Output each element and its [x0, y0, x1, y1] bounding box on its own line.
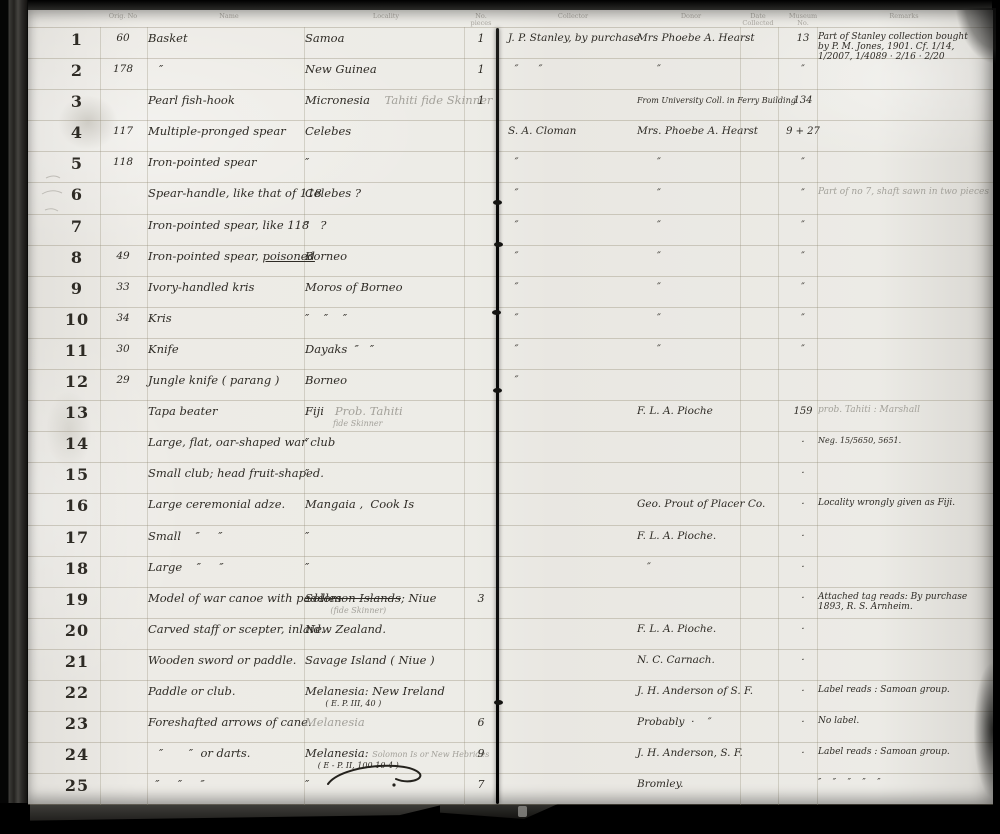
ledger-row: 21Wooden sword or paddle.Savage Island (…	[28, 650, 993, 681]
cell-loc: Savage Island ( Niue )	[305, 650, 467, 666]
entry-text: Part of Stanley collection bought by P. …	[818, 32, 968, 62]
cell-num: 2	[52, 59, 102, 79]
cell-donor: ″	[637, 183, 745, 199]
cell-num: 23	[52, 712, 102, 732]
cell-remarks: Locality wrongly given as Fiji.	[818, 494, 990, 508]
entry-text: Carved staff or scepter, inlaid.	[148, 622, 325, 636]
cell-qty: 1	[466, 28, 496, 44]
entry-text: 10	[65, 310, 89, 329]
cell-donor: F. L. A. Pioche.	[637, 619, 745, 635]
binding-stitch	[494, 242, 503, 247]
entry-text: Small club; head fruit-shaped.	[148, 466, 324, 480]
entry-text: 22	[65, 683, 89, 702]
entry-text: Mrs. Phoebe A. Hearst	[637, 125, 758, 137]
entry-text: ″	[637, 156, 661, 168]
entry-text: J. H. Anderson, S. F.	[637, 747, 743, 759]
cell-collector: ″	[508, 183, 638, 199]
entry-text: ″	[148, 62, 163, 76]
entry-text: S. A. Cloman	[508, 125, 576, 137]
entry-text: ″	[305, 560, 309, 574]
entry-text: 49	[116, 250, 129, 262]
cell-donor: From University Coll. in Ferry Building	[637, 90, 745, 106]
cell-donor: ″	[637, 308, 745, 324]
cell-name: Model of war canoe with paddles	[148, 588, 310, 604]
cell-num: 20	[52, 619, 102, 639]
entry-text: Wooden sword or paddle.	[148, 653, 296, 667]
cell-loc: ″	[305, 432, 467, 448]
entry-text: Tapa beater	[148, 404, 217, 418]
cell-remarks: prob. Tahiti : Marshall	[818, 401, 990, 415]
cell-museum: ·	[780, 557, 826, 573]
header-locality: Locality	[305, 12, 467, 20]
ledger-row: 7Iron-pointed spear, like 118″ ? ″ ″″	[28, 215, 993, 246]
entry-text: J. H. Anderson of S. F.	[637, 685, 753, 697]
entry-text: Paddle or club.	[148, 684, 236, 698]
entry-text: Celebes ?	[305, 186, 361, 200]
entry-text: Multiple-pronged spear	[148, 124, 286, 138]
entry-text: Pearl fish-hook	[148, 93, 235, 107]
entry-text: 3	[71, 92, 83, 111]
header-collector: Collector	[508, 12, 638, 20]
entry-text: Spear-handle, like that of 118	[148, 186, 322, 200]
cell-loc: Micronesia Tahiti fide Skinner	[305, 90, 467, 106]
ledger-row: 3Pearl fish-hookMicronesia Tahiti fide S…	[28, 90, 993, 121]
entry-text: 1	[478, 94, 485, 107]
binding-stitch	[493, 200, 502, 205]
ledger-row: 18Large ″ ″″ ″·	[28, 557, 993, 588]
cell-orig: 60	[102, 28, 144, 44]
entry-text: Borneo	[305, 249, 347, 263]
entry-text: Knife	[148, 342, 179, 356]
cell-donor: ″	[637, 59, 745, 75]
cell-num: 3	[52, 90, 102, 110]
ledger-row: 2178 ″New Guinea1 ″ ″ ″″	[28, 59, 993, 90]
entry-text: ″	[508, 343, 519, 355]
ledger-row: 14Large, flat, oar-shaped war club″·Neg.…	[28, 432, 993, 463]
cell-name: Small club; head fruit-shaped.	[148, 463, 310, 479]
entry-text: No label.	[818, 716, 859, 726]
ledger-row: 23Foreshafted arrows of cane.Melanesia6P…	[28, 712, 993, 743]
edge-shadow	[955, 650, 993, 810]
cell-donor: Bromley.	[637, 774, 745, 790]
cell-donor: ″	[637, 277, 745, 293]
cell-num: 18	[52, 557, 102, 577]
cell-num: 24	[52, 743, 102, 763]
cell-qty: 9	[466, 743, 496, 759]
entry-text: ″	[637, 250, 661, 262]
page-corner-curl	[954, 8, 996, 94]
entry-text: ·	[801, 562, 804, 573]
cell-num: 11	[52, 339, 102, 359]
cell-donor: ″	[637, 339, 745, 355]
entry-text: 19	[65, 590, 89, 609]
entry-text: ″	[305, 466, 309, 480]
entry-text: 1	[478, 32, 485, 45]
cell-name: Carved staff or scepter, inlaid.	[148, 619, 310, 635]
cell-name: Ivory-handled kris	[148, 277, 310, 293]
cell-num: 14	[52, 432, 102, 452]
entry-text: ″ ″	[508, 63, 543, 75]
cell-num: 12	[52, 370, 102, 390]
entry-text: ·	[801, 655, 804, 666]
entry-text: 18	[65, 559, 89, 578]
entry-text: Micronesia	[305, 93, 370, 107]
cell-name: Iron-pointed spear	[148, 152, 310, 168]
entry-text: Label reads : Samoan group.	[818, 747, 950, 757]
pencil-scribble	[32, 168, 74, 224]
entry-text: ·	[801, 686, 804, 697]
cell-orig: 49	[102, 246, 144, 262]
entry-text: ″	[508, 250, 519, 262]
entry-text: ″	[508, 187, 519, 199]
entry-text: ″	[305, 777, 309, 791]
entry-text: Solomon Islands	[305, 591, 401, 605]
entry-text: ″	[637, 63, 661, 75]
cell-donor: Mrs. Phoebe A. Hearst	[637, 121, 745, 137]
cell-name: ″	[148, 59, 310, 75]
entry-text: Mangaia , Cook Is	[305, 497, 414, 511]
cell-loc: New Guinea	[305, 59, 467, 75]
ledger-row: 160BasketSamoa1J. P. Stanley, by purchas…	[28, 28, 993, 59]
entry-text: 3	[478, 592, 485, 605]
entry-text: ″	[508, 156, 519, 168]
entry-text: Melanesia: New Ireland	[305, 684, 445, 698]
cell-orig: 118	[102, 152, 144, 168]
cell-museum: 9 + 27	[780, 121, 826, 137]
entry-text: F. L. A. Pioche.	[637, 623, 716, 635]
ledger-row: 1229Jungle knife ( parang )Borneo ″	[28, 370, 993, 401]
header-name: Name	[148, 12, 310, 20]
ledger-row: 24 ″ ″ or darts.Melanesia: Solomon Is or…	[28, 743, 993, 774]
cell-name: Spear-handle, like that of 118	[148, 183, 310, 199]
cell-loc: Moros of Borneo	[305, 277, 467, 293]
entry-text: 15	[65, 465, 89, 484]
entry-text: Samoa	[305, 31, 344, 45]
entry-text: 2	[71, 61, 83, 80]
entry-text: (fide Skinner)	[305, 606, 386, 615]
entry-text: Borneo	[305, 373, 347, 387]
entry-text: 20	[65, 621, 89, 640]
scan-border-right	[992, 0, 1000, 834]
entry-text: ″	[637, 343, 661, 355]
entry-text: 134	[793, 95, 812, 106]
entry-text: ″	[305, 435, 309, 449]
entry-text: ″	[801, 64, 805, 75]
entry-text: 1	[71, 30, 83, 49]
entry-text: ·	[801, 531, 804, 542]
cell-collector: S. A. Cloman	[508, 121, 638, 137]
cell-loc: Celebes	[305, 121, 467, 137]
entry-text: ″	[305, 529, 309, 543]
entry-text: F. L. A. Pioche.	[637, 530, 716, 542]
ledger-body: 160BasketSamoa1J. P. Stanley, by purchas…	[28, 27, 993, 805]
entry-text: Moros of Borneo	[305, 280, 403, 294]
cell-name: Jungle knife ( parang )	[148, 370, 310, 386]
entry-text: 30	[116, 343, 129, 355]
entry-text: 12	[65, 372, 89, 391]
cell-loc: ″	[305, 152, 467, 168]
entry-text: 13	[65, 403, 89, 422]
cell-museum: ·	[780, 463, 826, 479]
cell-num: 17	[52, 526, 102, 546]
entry-text: Attached tag reads: By purchase 1893, R.…	[818, 592, 967, 612]
entry-text: ″	[637, 187, 661, 199]
cell-collector: ″	[508, 339, 638, 355]
entry-text: 159	[793, 406, 812, 417]
cell-loc: ″ ?	[305, 215, 467, 231]
entry-text: 14	[65, 434, 89, 453]
entry-text: ″	[637, 281, 661, 293]
cell-num: 22	[52, 681, 102, 701]
cell-donor: J. H. Anderson of S. F.	[637, 681, 745, 697]
ledger-row: 15Small club; head fruit-shaped.″·	[28, 463, 993, 494]
entry-text: Celebes	[305, 124, 351, 138]
entry-text: ″	[801, 188, 805, 199]
cell-donor: ″	[637, 215, 745, 231]
entry-text: ″	[801, 251, 805, 262]
ledger-row: 4117Multiple-pronged spearCelebesS. A. C…	[28, 121, 993, 152]
cell-name: Basket	[148, 28, 310, 44]
entry-text: ·	[801, 748, 804, 759]
entry-text: 11	[65, 341, 89, 360]
entry-text: Large ceremonial adze.	[148, 497, 285, 511]
entry-text: Label reads : Samoan group.	[818, 685, 950, 695]
cell-collector: ″	[508, 152, 638, 168]
cell-remarks: Attached tag reads: By purchase 1893, R.…	[818, 588, 990, 612]
entry-text: ″ ″ or darts.	[148, 746, 250, 760]
entry-text: 33	[116, 281, 129, 293]
cell-name: Multiple-pronged spear	[148, 121, 310, 137]
entry-text: ″	[508, 281, 519, 293]
binding-gutter	[496, 28, 499, 804]
entry-text: Jungle knife ( parang )	[148, 373, 279, 387]
entry-text: Kris	[148, 311, 172, 325]
entry-text: Iron-pointed spear,	[148, 249, 263, 263]
cell-loc: New Zealand.	[305, 619, 467, 635]
entry-text: ″	[305, 155, 309, 169]
cell-donor: ″	[637, 152, 745, 168]
entry-text: Basket	[148, 31, 188, 45]
entry-text: ″ ″ ″	[305, 311, 347, 325]
entry-text: 4	[71, 123, 83, 142]
entry-text: Dayaks ″ ″	[305, 342, 374, 356]
entry-text: 60	[116, 32, 129, 44]
cell-num: 25	[52, 774, 102, 794]
entry-text: ·	[801, 499, 804, 510]
cell-collector: ″ ″	[508, 59, 638, 75]
cell-loc: ″ ″ ″	[305, 308, 467, 324]
cell-collector: ″	[508, 215, 638, 231]
ledger-row: 849Iron-pointed spear, poisonedBorneo ″ …	[28, 246, 993, 277]
ledger-page: Orig. No Name Locality No. pieces Collec…	[28, 10, 993, 804]
entry-text: ·	[801, 624, 804, 635]
entry-text: J. P. Stanley, by purchase	[508, 32, 640, 44]
cell-loc: Melanesia	[305, 712, 467, 728]
ledger-header-row: Orig. No Name Locality No. pieces Collec…	[28, 12, 993, 27]
entry-text: Bromley.	[637, 778, 683, 790]
cell-loc: Solomon Islands; Niue (fide Skinner)	[305, 588, 467, 615]
entry-text: prob. Tahiti : Marshall	[818, 405, 920, 415]
cell-donor: ″	[637, 246, 745, 262]
cell-loc: ″	[305, 526, 467, 542]
cell-num: 19	[52, 588, 102, 608]
entry-text: 7	[478, 778, 485, 791]
ledger-row: 19Model of war canoe with paddlesSolomon…	[28, 588, 993, 619]
cell-loc: Mangaia , Cook Is	[305, 494, 467, 510]
cell-name: Small ″ ″	[148, 526, 310, 542]
scan-artifact-dot	[518, 806, 527, 817]
ledger-row: 5118Iron-pointed spear″ ″ ″″	[28, 152, 993, 183]
entry-text: ″	[801, 282, 805, 293]
cell-num: 4	[52, 121, 102, 141]
entry-text: 16	[65, 496, 89, 515]
cell-museum: ″	[780, 215, 826, 231]
cell-donor: ″	[637, 557, 745, 573]
entry-text: ″ ?	[305, 218, 326, 232]
cell-num: 10	[52, 308, 102, 328]
cell-name: Large, flat, oar-shaped war club	[148, 432, 310, 448]
entry-text: fide Skinner	[305, 419, 382, 428]
cell-museum: ″	[780, 246, 826, 262]
scan-border-top	[0, 0, 1000, 10]
cell-museum: 134	[780, 90, 826, 106]
ledger-row: 16Large ceremonial adze.Mangaia , Cook I…	[28, 494, 993, 525]
cell-name: Large ceremonial adze.	[148, 494, 310, 510]
cell-museum: ·	[780, 619, 826, 635]
header-donor: Donor	[637, 12, 745, 20]
entry-text: From University Coll. in Ferry Building	[637, 96, 796, 105]
cell-qty: 3	[466, 588, 496, 604]
cell-name: ″ ″ or darts.	[148, 743, 310, 759]
ledger-row: 20Carved staff or scepter, inlaid.New Ze…	[28, 619, 993, 650]
cell-museum: ″	[780, 339, 826, 355]
entry-text: N. C. Carnach.	[637, 654, 715, 666]
cell-orig: 30	[102, 339, 144, 355]
entry-text: Geo. Prout of Placer Co.	[637, 498, 765, 510]
entry-text: 13	[797, 33, 810, 44]
cell-loc: ″	[305, 463, 467, 479]
cell-collector: ″	[508, 370, 638, 386]
cell-name: Tapa beater	[148, 401, 310, 417]
entry-text: 17	[65, 528, 89, 547]
cell-loc: Celebes ?	[305, 183, 467, 199]
entry-text: Probably · ″	[637, 716, 712, 728]
cell-museum: ·	[780, 526, 826, 542]
cell-num: 21	[52, 650, 102, 670]
cell-num: 15	[52, 463, 102, 483]
cell-name: Wooden sword or paddle.	[148, 650, 310, 666]
cell-orig: 33	[102, 277, 144, 293]
cell-loc: Fiji Prob. Tahiti fide Skinner	[305, 401, 467, 428]
entry-text: Iron-pointed spear, like 118	[148, 218, 309, 232]
cell-loc: Borneo	[305, 246, 467, 262]
entry-text: ″	[508, 219, 519, 231]
cell-collector: ″	[508, 277, 638, 293]
cell-donor: N. C. Carnach.	[637, 650, 745, 666]
cell-remarks: Neg. 15/5650, 5651.	[818, 432, 990, 446]
cell-name: Iron-pointed spear, like 118	[148, 215, 310, 231]
entry-text: ″	[637, 312, 661, 324]
cell-museum: ″	[780, 59, 826, 75]
cell-loc: ″	[305, 557, 467, 573]
ledger-row: 6Spear-handle, like that of 118Celebes ?…	[28, 183, 993, 214]
entry-text: F. L. A. Pioche	[637, 405, 713, 417]
cell-name: Knife	[148, 339, 310, 355]
cell-orig: 29	[102, 370, 144, 386]
cell-name: Iron-pointed spear, poisoned	[148, 246, 310, 262]
binding-stitch	[492, 310, 501, 315]
entry-text: Neg. 15/5650, 5651.	[818, 436, 901, 445]
cell-loc: Samoa	[305, 28, 467, 44]
entry-text: ( E. P. III, 40 )	[305, 699, 381, 708]
entry-text: Large ″ ″	[148, 560, 224, 574]
entry-text: 1	[478, 63, 485, 76]
entry-text: Melanesia	[305, 715, 365, 729]
entry-text: Ivory-handled kris	[148, 280, 254, 294]
cell-donor: F. L. A. Pioche.	[637, 526, 745, 542]
entry-text: 117	[113, 125, 133, 137]
entry-text: ″	[637, 561, 651, 573]
cell-name: Large ″ ″	[148, 557, 310, 573]
entry-text: Iron-pointed spear	[148, 155, 257, 169]
entry-text: 25	[65, 776, 89, 795]
entry-text: ·	[801, 717, 804, 728]
ledger-row: 1130KnifeDayaks ″ ″ ″ ″″	[28, 339, 993, 370]
entry-text: ·	[801, 593, 804, 604]
cell-name: Foreshafted arrows of cane.	[148, 712, 310, 728]
cell-qty: 6	[466, 712, 496, 728]
entry-text: 9	[71, 279, 83, 298]
cell-loc: Melanesia: New Ireland ( E. P. III, 40 )	[305, 681, 467, 708]
cell-orig: 117	[102, 121, 144, 137]
cell-remarks: Part of no 7, shaft sawn in two pieces	[818, 183, 990, 197]
entry-text: 8	[71, 248, 83, 267]
entry-text: ″ ″ ″ ″ ″	[818, 778, 881, 788]
header-date-collected: Date Collected	[740, 12, 776, 27]
entry-text: ″ ″ ″	[148, 777, 205, 791]
entry-text: ″	[801, 313, 805, 324]
cell-num: 13	[52, 401, 102, 421]
cell-donor: Probably · ″	[637, 712, 745, 728]
cell-museum: ″	[780, 308, 826, 324]
binding-stitch	[493, 388, 502, 393]
cell-loc: Borneo	[305, 370, 467, 386]
cell-museum: ″	[780, 277, 826, 293]
ledger-row: 13Tapa beaterFiji Prob. Tahiti fide Skin…	[28, 401, 993, 432]
entry-text: 118	[113, 156, 133, 168]
cell-donor: Geo. Prout of Placer Co.	[637, 494, 745, 510]
entry-text: ″	[508, 374, 519, 386]
ledger-row: 17Small ″ ″″F. L. A. Pioche.·	[28, 526, 993, 557]
entry-text: Mrs Phoebe A. Hearst	[637, 32, 755, 44]
entry-text: 23	[65, 714, 89, 733]
entry-text: New Guinea	[305, 62, 377, 76]
entry-text: ″	[801, 157, 805, 168]
cell-donor: F. L. A. Pioche	[637, 401, 745, 417]
cell-museum: ″	[780, 152, 826, 168]
entry-text: Locality wrongly given as Fiji.	[818, 498, 955, 508]
binding-stitch	[494, 700, 503, 705]
entry-text: 24	[65, 745, 89, 764]
cell-qty: 7	[466, 774, 496, 790]
entry-text: ; Niue	[401, 591, 436, 605]
entry-text: Part of no 7, shaft sawn in two pieces	[818, 187, 989, 197]
cell-museum: ·	[780, 650, 826, 666]
entry-text: 34	[116, 312, 129, 324]
cell-orig: 34	[102, 308, 144, 324]
entry-text: New Zealand.	[305, 622, 386, 636]
entry-text: ″	[637, 219, 661, 231]
